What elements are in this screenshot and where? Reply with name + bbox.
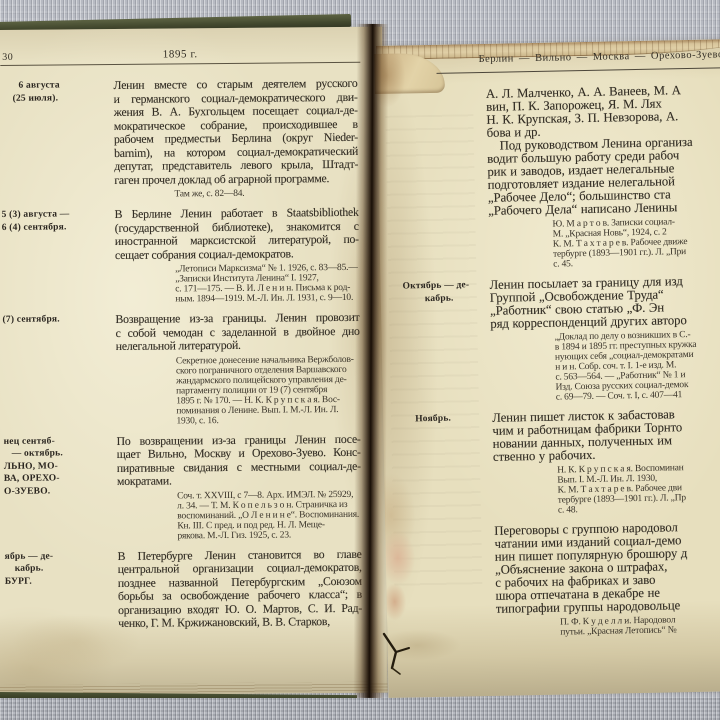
date-line: БУРГ. — [5, 574, 113, 587]
entry-body: В Берлине Ленин работает в Staatsbibliot… — [110, 206, 363, 305]
entry-body: В Петербурге Ленин становится во главеце… — [113, 547, 366, 630]
chronicle-entry: ябрь — де-кабрь.БУРГ.В Петербурге Ленин … — [5, 547, 366, 631]
body-line: сещает собрания социал-демократов. — [115, 246, 359, 262]
year-heading: 1895 г. — [0, 47, 360, 62]
entry-date-label: (7) сентября. — [2, 313, 111, 427]
source-citation: „Доклад по делу о возникших в С.-в 1894 … — [491, 326, 720, 404]
chronicle-entry: Переговоры с группою народоволчатании им… — [393, 519, 720, 641]
date-line: — октябрь. — [4, 447, 112, 460]
right-page-content: Берлин — Вильно — Москва — Орехово-Зуево… — [384, 48, 720, 641]
source-line: Там же, с. 82—84. — [174, 188, 361, 200]
date-line: 6 августа — [0, 79, 108, 92]
entry-date-label — [393, 525, 491, 641]
left-page-content: 30 1895 г. 6 августа(25 июля).Ленин вмес… — [0, 47, 365, 632]
source-line: жандармского полицейского управления де- — [176, 374, 363, 386]
source-citation: Соч. т. XXVIII, с 7—8. Арх. ИМЭЛ. № 2592… — [117, 489, 364, 541]
entry-date-label — [385, 88, 484, 273]
date-line: 6 (4) сентября. — [2, 220, 110, 233]
chronicle-entry: нец сентяб-— октябрь.ЛЬНО, МО-ВА, ОРЕХО-… — [4, 432, 365, 542]
entry-date-label: 6 августа(25 июля). — [0, 79, 109, 201]
source-line: ным. 1894—1919. М.-Л. Ин. Л. 1931, с. 9—… — [175, 293, 362, 305]
date-line: Ноябрь. — [405, 412, 487, 426]
photo-of-open-book: { "scene": { "background_color": "#b7bac… — [0, 0, 720, 720]
body-line: ченко, Г. М. Кржижановский, В. В. Старко… — [118, 615, 362, 631]
body-line: с собой чемодан с заделанной в двойное д… — [116, 324, 360, 340]
body-line: нелегальной литературой. — [116, 338, 360, 354]
chronicle-entry: 5 (3) августа —6 (4) сентября.В Берлине … — [2, 206, 363, 306]
date-line: нец сентяб- — [4, 434, 112, 447]
source-line: поминания о Ленине. Вып. I. М.-Л. Ин. Л. — [176, 404, 363, 416]
chronicle-entry: Ноябрь.Ленин пишет листок к забастовавчи… — [391, 406, 720, 519]
left-page-header: 30 1895 г. — [0, 47, 360, 66]
date-line: ябрь — де- — [5, 549, 113, 562]
date-line: О-ЗУЕВО. — [4, 484, 112, 497]
date-line: кабрь. — [5, 562, 113, 575]
entry-body: Ленин вместе со старым деятелем русского… — [108, 77, 361, 200]
entry-date-label: Октябрь — де-кабрь. — [389, 279, 487, 406]
source-citation: П. Ф. К у д е л л и. Народоволпутьи. „Кр… — [496, 611, 720, 639]
body-line: пиративные свидания с местными социал-де… — [117, 459, 361, 475]
entry-body: Возвращение из-за границы. Ленин провози… — [110, 311, 363, 427]
source-line: рякова. М.-Л. Гиз. 1925, с. 23. — [177, 529, 364, 541]
right-page: Берлин — Вильно — Москва — Орехово-Зуево… — [376, 39, 720, 698]
twig-debris — [376, 628, 432, 680]
date-line: кабрь. — [403, 291, 485, 305]
date-line: ЛЬНО, МО- — [4, 459, 112, 472]
source-line: 1930, с. 16. — [176, 414, 363, 426]
chronicle-entry: 6 августа(25 июля).Ленин вместе со стары… — [0, 77, 361, 201]
entry-body: Ленин пишет листок к забастовавчим и раб… — [487, 404, 720, 517]
entry-body: А. Л. Малченко, А. А. Ванеев, М. Авин, П… — [481, 80, 720, 271]
entry-date-label: ябрь — де-кабрь.БУРГ. — [5, 549, 114, 631]
entry-date-label: Ноябрь. — [391, 412, 489, 519]
entry-date-label: 5 (3) августа —6 (4) сентября. — [2, 208, 111, 306]
body-line: мократами. — [117, 473, 361, 489]
date-line: (7) сентября. — [2, 313, 110, 326]
source-citation: Н. К. К р у п с к а я. ВоспоминанВып. I.… — [493, 459, 720, 517]
left-page: 30 1895 г. 6 августа(25 июля).Ленин вмес… — [0, 27, 388, 696]
source-citation: Там же, с. 82—84. — [114, 188, 361, 200]
date-line: (25 июля). — [1, 92, 109, 105]
entry-body: По возвращении из-за границы Ленин посе-… — [112, 432, 365, 541]
right-page-entries: А. Л. Малченко, А. А. Ванеев, М. Авин, П… — [385, 82, 720, 641]
body-line: иностранной марксистской литературой, по… — [115, 233, 359, 249]
date-line: 5 (3) августа — — [2, 208, 110, 221]
source-citation: „Летописи Марксизма“ № 1. 1926, с. 83—85… — [115, 263, 362, 305]
entry-body: Ленин посылает за границу для издГруппой… — [484, 271, 720, 404]
entry-date-label: нец сентяб-— октябрь.ЛЬНО, МО-ВА, ОРЕХО-… — [4, 434, 113, 542]
source-citation: Секретное донесение начальника Вержболов… — [116, 354, 364, 426]
chronicle-entry: (7) сентября.Возвращение из-за границы. … — [2, 311, 363, 428]
chronicle-entry: А. Л. Малченко, А. А. Ванеев, М. Авин, П… — [385, 82, 720, 273]
entry-body: Переговоры с группою народоволчатании им… — [489, 517, 720, 639]
chronicle-entry: Октябрь — де-кабрь.Ленин посылает за гра… — [389, 273, 720, 406]
body-line: гаген прочел доклад об аграрной программ… — [114, 171, 358, 187]
source-line: воспоминаний. „О Л е н и н е“. Воспомина… — [177, 509, 364, 521]
source-citation: Ю. М а р т о в. Записки социал-М. „Красн… — [488, 213, 720, 271]
left-page-entries: 6 августа(25 июля).Ленин вместе со стары… — [0, 77, 365, 632]
date-line: ВА, ОРЕХО- — [4, 472, 112, 485]
fabric-background-bottom — [0, 698, 720, 720]
book-gutter-shadow — [353, 24, 389, 698]
